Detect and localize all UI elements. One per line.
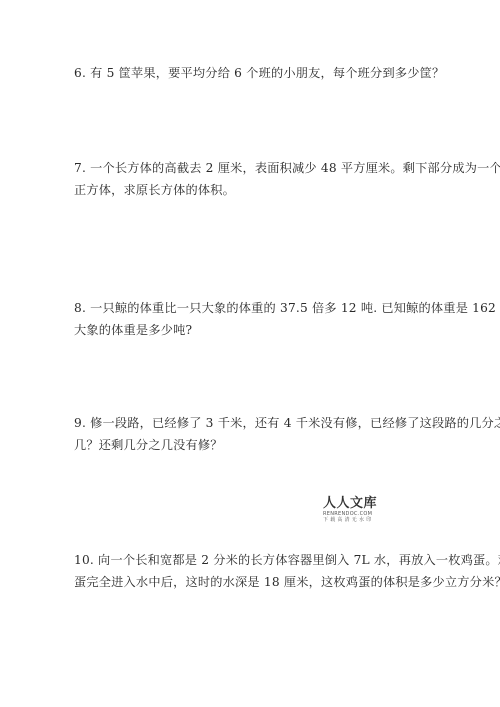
question-10-line-2: 蛋完全进入水中后，这时的水深是 18 厘米，这枚鸡蛋的体积是多少立方分米？: [74, 571, 434, 593]
question-6: 6. 有 5 筐苹果，要平均分给 6 个班的小朋友，每个班分到多少筐？: [74, 62, 434, 84]
question-7-line-2: 正方体，求原长方体的体积。: [74, 179, 434, 201]
question-9-line-1: 9. 修一段路，已经修了 3 千米，还有 4 千米没有修，已经修了这段路的几分之: [74, 412, 434, 434]
question-7-line-1: 7. 一个长方体的高截去 2 厘米，表面积减少 48 平方厘米。剩下部分成为一个: [74, 157, 434, 179]
question-8-line-1: 8. 一只鲸的体重比一只大象的体重的 37.5 倍多 12 吨. 已知鲸的体重是…: [74, 297, 434, 319]
watermark-logo: 人人文库 RENRENDOC.COM 下载高清无水印: [323, 497, 387, 523]
question-9: 9. 修一段路，已经修了 3 千米，还有 4 千米没有修，已经修了这段路的几分之…: [74, 412, 434, 456]
watermark-title: 人人文库: [323, 497, 387, 511]
document-page: 6. 有 5 筐苹果，要平均分给 6 个班的小朋友，每个班分到多少筐？ 7. 一…: [0, 0, 500, 707]
question-6-line-1: 6. 有 5 筐苹果，要平均分给 6 个班的小朋友，每个班分到多少筐？: [74, 62, 434, 84]
question-10: 10. 向一个长和宽都是 2 分米的长方体容器里倒入 7L 水，再放入一枚鸡蛋。…: [74, 549, 434, 593]
question-7: 7. 一个长方体的高截去 2 厘米，表面积减少 48 平方厘米。剩下部分成为一个…: [74, 157, 434, 201]
watermark-slogan: 下载高清无水印: [323, 517, 387, 523]
question-8-line-2: 大象的体重是多少吨?: [74, 319, 434, 341]
question-10-line-1: 10. 向一个长和宽都是 2 分米的长方体容器里倒入 7L 水，再放入一枚鸡蛋。…: [74, 549, 434, 571]
question-9-line-2: 几？还剩几分之几没有修？: [74, 434, 434, 456]
question-8: 8. 一只鲸的体重比一只大象的体重的 37.5 倍多 12 吨. 已知鲸的体重是…: [74, 297, 434, 341]
